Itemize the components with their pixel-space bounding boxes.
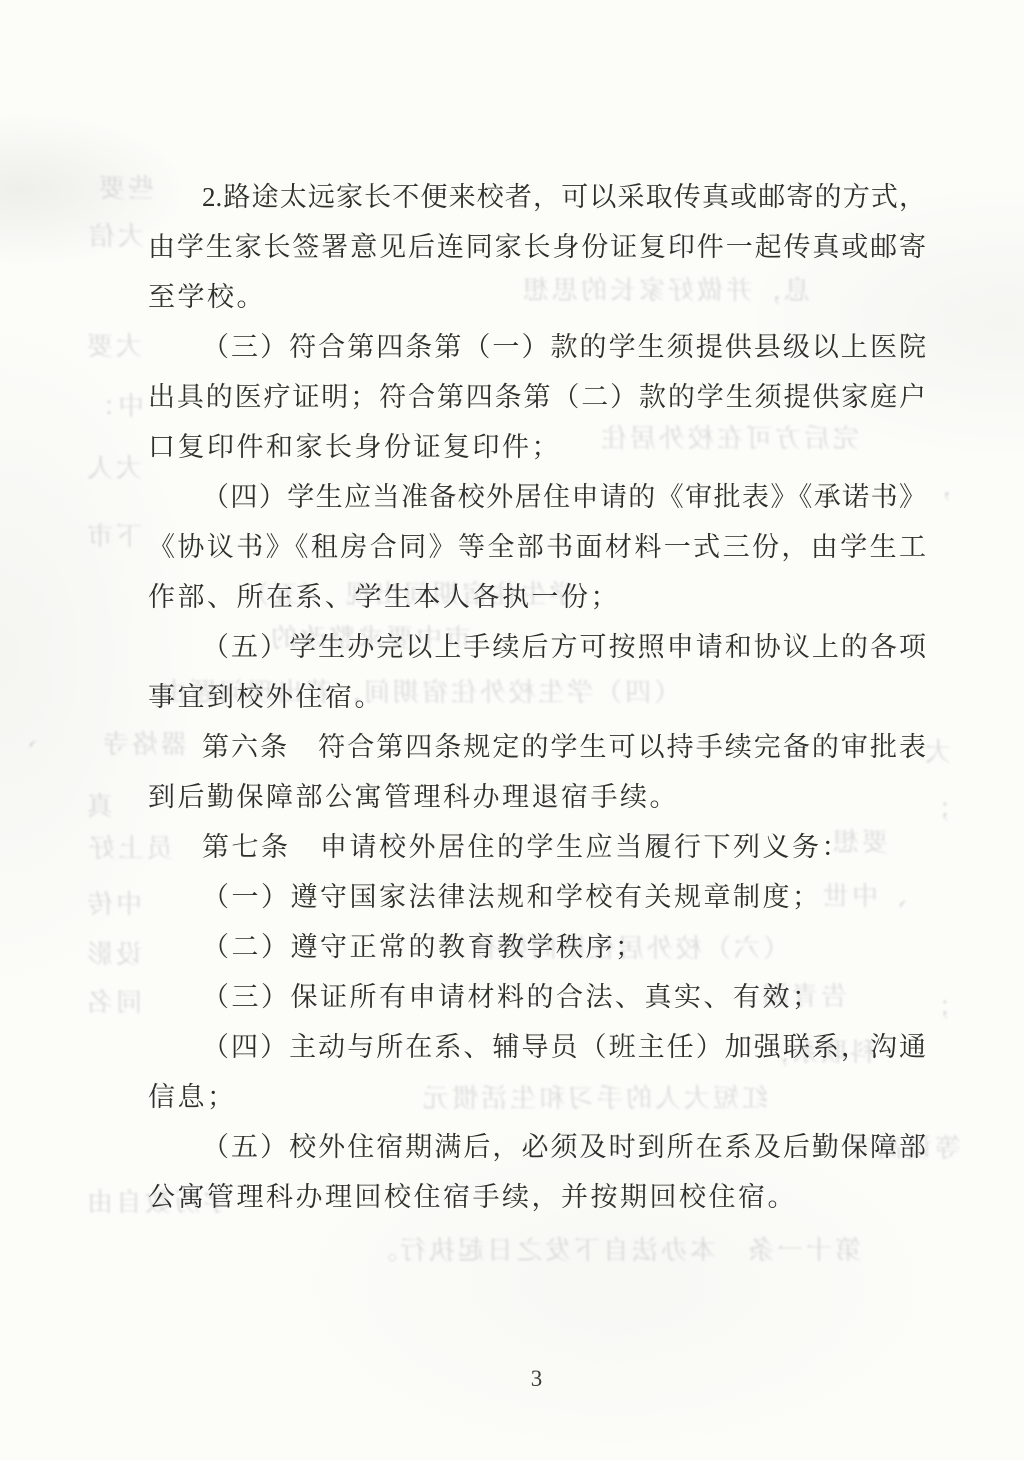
bleedthrough-text: ； (922, 788, 951, 825)
paragraph: （一）遵守国家法律法规和学校有关规章制度； (148, 872, 926, 922)
bleedthrough-text: 第十一条 本办法自下发之日起执行。 (368, 1230, 861, 1267)
paragraph: 第七条 申请校外居住的学生应当履行下列义务： (148, 822, 926, 872)
paragraph: （五）校外住宿期满后，必须及时到所在系及后勤保障部公寓管理科办理回校住宿手续，并… (148, 1122, 926, 1222)
page-number: 3 (148, 1364, 926, 1394)
text-line: 至学校。 (148, 272, 926, 322)
text-line: 口复印件和家长身份证复印件； (148, 422, 926, 472)
text-line: （二）遵守正常的教育教学秩序； (148, 922, 926, 972)
text-line: （五）校外住宿期满后，必须及时到所在系及后勤保障部 (148, 1122, 926, 1172)
text-line: （三）保证所有申请材料的合法、真实、有效； (148, 972, 926, 1022)
bleedthrough-text: 中： (86, 386, 144, 423)
text-line: 第七条 申请校外居住的学生应当履行下列义务： (148, 822, 926, 872)
paragraph: （四）学生应当准备校外居住申请的《审批表》《承诺书》《协议书》《租房合同》等全部… (148, 472, 926, 622)
document-body: 2.路途太远家长不便来校者，可以采取传真或邮寄的方式，由学生家长签署意见后连同家… (148, 172, 926, 1222)
text-line: （五）学生办完以上手续后方可按照申请和协议上的各项 (148, 622, 926, 672)
paragraph: （二）遵守正常的教育教学秩序； (148, 922, 926, 972)
paragraph: 第六条 符合第四条规定的学生可以持手续完备的审批表到后勤保障部公寓管理科办理退宿… (148, 722, 926, 822)
bleedthrough-text: 中传 (84, 884, 142, 921)
paragraph: （三）保证所有申请材料的合法、真实、有效； (148, 972, 926, 1022)
text-line: （四）主动与所在系、辅导员（班主任）加强联系，沟通 (148, 1022, 926, 1072)
text-line: （一）遵守国家法律法规和学校有关规章制度； (148, 872, 926, 922)
bleedthrough-text: 下市 (84, 516, 142, 553)
text-line: 作部、所在系、学生本人各执一份； (148, 572, 926, 622)
text-line: 信息； (148, 1072, 926, 1122)
text-line: 事宜到校外住宿。 (148, 672, 926, 722)
bleedthrough-text: 、 (8, 716, 37, 753)
bleedthrough-text: 大信 (86, 216, 144, 253)
text-line: 到后勤保障部公寓管理科办理退宿手续。 (148, 772, 926, 822)
bleedthrough-text: 大 (922, 732, 951, 769)
text-line: 第六条 符合第四条规定的学生可以持手续完备的审批表 (148, 722, 926, 772)
bleedthrough-text: 同名 (84, 982, 142, 1019)
bleedthrough-text: 大人 (84, 448, 142, 485)
paragraph: （四）主动与所在系、辅导员（班主任）加强联系，沟通信息； (148, 1022, 926, 1122)
text-line: （三）符合第四条第（一）款的学生须提供县级以上医院 (148, 322, 926, 372)
paragraph: 2.路途太远家长不便来校者，可以采取传真或邮寄的方式，由学生家长签署意见后连同家… (148, 172, 926, 322)
text-line: 由学生家长签署意见后连同家长身份证复印件一起传真或邮寄 (148, 222, 926, 272)
text-line: 公寓管理科办理回校住宿手续，并按期回校住宿。 (148, 1172, 926, 1222)
text-line: 《协议书》《租房合同》等全部书面材料一式三份，由学生工 (148, 522, 926, 572)
bleedthrough-text: 些要 (96, 168, 154, 205)
text-line: 2.路途太远家长不便来校者，可以采取传真或邮寄的方式， (148, 172, 926, 222)
bleedthrough-text: 设影 (84, 934, 142, 971)
text-line: （四）学生应当准备校外居住申请的《审批表》《承诺书》 (148, 472, 926, 522)
paragraph: （五）学生办完以上手续后方可按照申请和协议上的各项事宜到校外住宿。 (148, 622, 926, 722)
bleedthrough-text: 大要 (84, 326, 142, 363)
bleedthrough-text: 真 (84, 786, 113, 823)
text-line: 出具的医疗证明；符合第四条第（二）款的学生须提供家庭户 (148, 372, 926, 422)
scanned-document-page: 些要大信息，并做好家长的思想大要中：完后方可在校外居住大人，下市学生住宿期间出现… (0, 0, 1024, 1460)
bleedthrough-text: ， (922, 466, 951, 503)
bleedthrough-text: ； (922, 986, 951, 1023)
paragraph: （三）符合第四条第（一）款的学生须提供县级以上医院出具的医疗证明；符合第四条第（… (148, 322, 926, 472)
